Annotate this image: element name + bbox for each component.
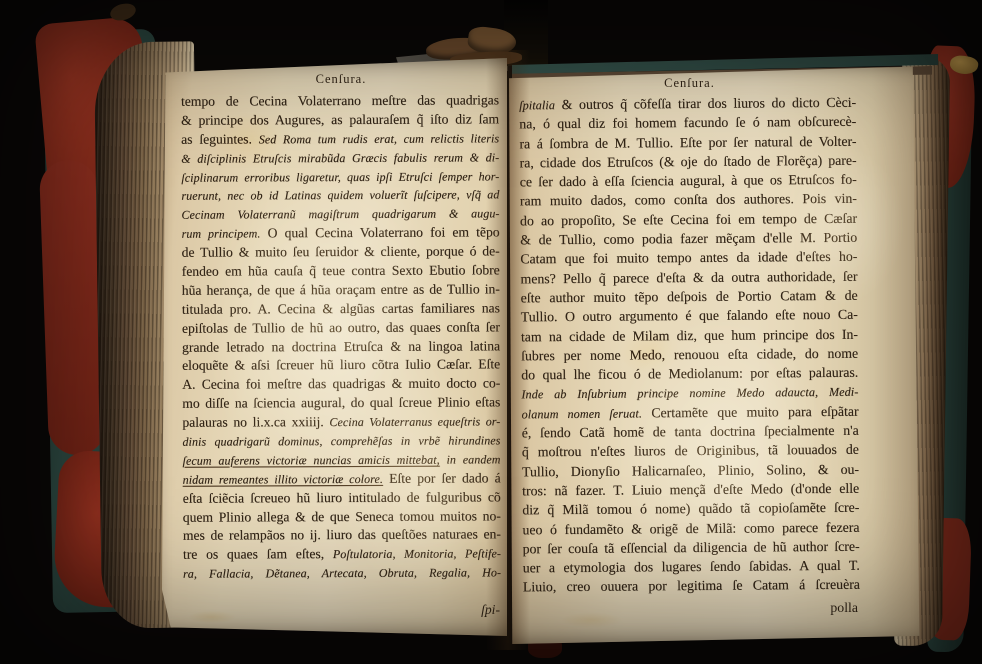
text-line: ſpitalia & outros q̃ cõfeſſa tirar dos l… (519, 93, 856, 115)
latin-italic-segment: ra, Fallacia, Dẽtanea, Artecata, Obruta,… (183, 566, 501, 581)
roman-segment: A. Cecina foi meſtre das quadrigas & mui… (182, 376, 500, 392)
roman-segment: mo diſſe na ſciencia augural, do qual ſc… (182, 395, 500, 411)
text-line: A. Cecina foi meſtre das quadrigas & mui… (182, 375, 500, 395)
roman-segment: tempo de Cecina Volaterrano meſtre das q… (181, 92, 499, 108)
roman-segment: palauras no li.x.ca xxiiij. (182, 414, 329, 430)
text-line: do ao propoſito, Se eſte Cecina foi em t… (520, 208, 857, 230)
text-line: ſciplinarum erroribus ligaretur, quas ip… (181, 167, 499, 187)
roman-segment: hũa herança, de que á hũa oraçam entre a… (182, 281, 500, 297)
text-line: as ſeguintes. Sed Roma tum rudis erat, c… (181, 129, 499, 149)
roman-segment: tre os quaes ſam eſtes, (183, 546, 333, 562)
text-line: palauras no li.x.ca xxiiij. Cecina Volat… (182, 412, 500, 432)
roman-segment: fendeo em hũa cauſa q̃ teue contra Sexto… (182, 262, 500, 278)
left-page-text: tempo de Cecina Volaterrano meſtre das q… (181, 91, 501, 584)
roman-segment: Catam que foi muito tempo antes da idade… (520, 249, 857, 267)
roman-segment: do qual lhe ficou ó de Mediolanum: por e… (521, 365, 858, 383)
roman-segment: titulada pro. A. Cecina & algũas cartas … (182, 300, 500, 316)
text-line: na, ó qual diz foi homem facundo ſe ó na… (519, 112, 856, 134)
roman-segment: quem Plinio allega & de que Seneca tomou… (183, 508, 501, 524)
text-line: de Tullio & muito ſeu ſeruidor & cliente… (182, 242, 500, 262)
text-line: rum principem. O qual Cecina Volaterrano… (182, 224, 500, 244)
latin-italic-segment: ſciplinarum erroribus ligaretur, quas ip… (181, 169, 499, 184)
right-page-text: ſpitalia & outros q̃ cõfeſſa tirar dos l… (519, 93, 860, 597)
roman-segment: grande letrado na doctrina Etruſca & na … (182, 338, 500, 354)
latin-italic-segment: olanum nomen ſeruat. (521, 406, 642, 421)
roman-segment: ram muito dados, como conſta dos authore… (520, 191, 857, 209)
roman-segment: eſta ſciẽcia ſcreueo hũ liuro intitulado… (183, 489, 501, 505)
text-line: Liuio, creo ouuera por legitima ſe Catam… (523, 575, 860, 597)
latin-italic-segment: dinis quadrigarũ dominus, comprehẽſas in… (182, 433, 500, 448)
text-line: & diſciplinis Etruſcis mirabũda Græcis f… (181, 148, 499, 168)
roman-segment: ſubres per nome Medo, renouou eſta cidad… (521, 346, 858, 364)
roman-segment: Liuio, creo ouuera por legitima ſe Catam… (523, 577, 860, 595)
latin-italic-segment: Sed Roma tum rudis erat, cum relictis li… (259, 131, 499, 146)
text-line: & principe dos Augures, as palauraſem q̃… (181, 110, 499, 130)
text-line: quem Plinio allega & de que Seneca tomou… (183, 507, 501, 527)
text-line: por ſer couſa tã eſſencial da diligencia… (523, 536, 860, 558)
gutter-shadow (486, 50, 530, 650)
roman-segment: Tullio, Dionyſio Halicarnaſeo, Plinio, S… (522, 461, 859, 479)
text-line: é, ſendo Catã homẽ de tanta doctrina ſpe… (522, 421, 859, 443)
roman-segment: eſte author muito tẽpo deſpois de Portio… (521, 288, 858, 306)
text-line: tam na cidade de Milam diz, que hum prin… (521, 324, 858, 346)
text-line: Tullio. O outro argumento é que falando … (521, 305, 858, 327)
text-line: ra, cidade dos Etruſcos (& oje do ſtado … (519, 151, 856, 173)
text-line: Catam que foi muito tempo antes da idade… (520, 247, 857, 269)
photo-background: Cenſura. tempo de Cecina Volaterrano meſ… (0, 0, 982, 664)
text-line: nidam remeantes illito victoriæ colore. … (183, 469, 501, 489)
text-line: tros: nã fazer. T. Liuio mençã d'eſte Me… (522, 479, 859, 501)
text-line: mens? Pello q̃ parece d'eſta & da outra … (520, 266, 857, 288)
roman-segment: tam na cidade de Milam diz, que hum prin… (521, 326, 858, 344)
roman-segment: Certamẽte que muito para eſpãtar (642, 403, 859, 420)
text-line: ueo ó fundamẽto & origẽ de Milã: como pa… (522, 517, 859, 539)
roman-segment: ueo ó fundamẽto & origẽ de Milã: como pa… (522, 519, 859, 537)
text-line: Cecinam Volaterranũ magiſtrum quadrigaru… (181, 205, 499, 225)
text-line: eſte author muito tẽpo deſpois de Portio… (521, 286, 858, 308)
text-line: eſta ſciẽcia ſcreueo hũ liuro intitulado… (183, 488, 501, 508)
text-line: ſecum auferens victoriæ nuncias amicis m… (182, 450, 500, 470)
latin-italic-segment: ſecum auferens victoriæ nuncias amicis m… (183, 452, 440, 467)
text-line: mo diſſe na ſciencia augural, do qual ſc… (182, 394, 500, 414)
roman-segment: Tullio. O outro argumento é que falando … (521, 307, 858, 325)
roman-segment: epiſtolas de Tullio de hũ ao outro, das … (182, 319, 500, 335)
text-line: Inde ab Inſubrium principe nomine Medo a… (521, 382, 858, 404)
latin-italic-segment: nidam remeantes illito victoriæ colore. (183, 472, 383, 487)
roman-segment: ce ſer dado à eſſa ſciencia augural, à q… (520, 172, 857, 190)
text-line: fendeo em hũa cauſa q̃ teue contra Sexto… (182, 261, 500, 281)
text-line: mes de relampãos no ij. liuro das queſtõ… (183, 526, 501, 546)
left-page-header: Cenſura. (182, 72, 500, 87)
text-line: do qual lhe ficou ó de Mediolanum: por e… (521, 363, 858, 385)
text-line: epiſtolas de Tullio de hũ ao outro, das … (182, 318, 500, 338)
roman-segment: é, ſendo Catã homẽ de tanta doctrina ſpe… (522, 423, 859, 441)
text-line: & de Tullio, como podia fazer mẽçam d'el… (520, 228, 857, 250)
text-line: dinis quadrigarũ dominus, comprehẽſas in… (182, 431, 500, 451)
latin-italic-segment: ruerunt, nec ob id Latinas quidem voluer… (181, 188, 499, 203)
roman-segment: na, ó qual diz foi homem facundo ſe ó na… (519, 114, 856, 132)
right-page-catchword: polla (521, 600, 880, 616)
text-line: ſubres per nome Medo, renouou eſta cidad… (521, 344, 858, 366)
roman-segment: mes de relampãos no ij. liuro das queſtõ… (183, 527, 501, 543)
text-line: olanum nomen ſeruat. Certamẽte que muito… (521, 401, 858, 423)
roman-segment: do ao propoſito, Se eſte Cecina foi em t… (520, 210, 857, 228)
text-line: hũa herança, de que á hũa oraçam entre a… (182, 280, 500, 300)
text-line: tre os quaes ſam eſtes, Poſtulatoria, Mo… (183, 545, 501, 565)
text-line: ram muito dados, como conſta dos authore… (520, 189, 857, 211)
text-line: titulada pro. A. Cecina & algũas cartas … (182, 299, 500, 319)
roman-segment: mens? Pello q̃ parece d'eſta & da outra … (520, 268, 857, 286)
roman-segment: por ſer couſa tã eſſencial da diligencia… (523, 538, 860, 556)
roman-segment: & principe dos Augures, as palauraſem q̃… (181, 111, 499, 127)
roman-segment: de Tullio & muito ſeu ſeruidor & cliente… (182, 243, 500, 259)
roman-segment: diz q̃ Milã tomou ó nome) quãdo tã copio… (522, 500, 859, 518)
roman-segment: uer a etymologia dos lugares ſendo ſabid… (523, 558, 860, 576)
latin-italic-segment: & diſciplinis Etruſcis mirabũda Græcis f… (181, 150, 499, 165)
right-page-header: Cenſura. (521, 76, 858, 91)
text-line: ce ſer dado à eſſa ſciencia augural, à q… (520, 170, 857, 192)
roman-segment: Eſte por ſer dado á (383, 470, 501, 486)
text-line: uer a etymologia dos lugares ſendo ſabid… (523, 556, 860, 578)
text-line: ruerunt, nec ob id Latinas quidem voluer… (181, 186, 499, 206)
latin-italic-segment: Poſtulatoria, Monitoria, Peſtife- (333, 547, 501, 562)
latin-italic-segment: rum principem. (182, 227, 261, 241)
text-line: ra á ſombra de M. Tullio. Eſte por ſer n… (519, 131, 856, 153)
roman-segment: q̃ moſtrou n'eſtes liuros de Originibus,… (522, 442, 859, 460)
latin-italic-segment: Cecinam Volaterranũ magiſtrum quadrigaru… (181, 207, 499, 222)
text-line: ra, Fallacia, Dẽtanea, Artecata, Obruta,… (183, 564, 501, 584)
right-page: Cenſura. ſpitalia & outros q̃ cõfeſſa ti… (509, 62, 921, 644)
roman-segment: ra á ſombra de M. Tullio. Eſte por ſer n… (519, 133, 856, 151)
text-line: eloquẽte & aſsi ſcreuer hũ liuro cõtra I… (182, 356, 500, 376)
text-line: diz q̃ Milã tomou ó nome) quãdo tã copio… (522, 498, 859, 520)
left-page-catchword: ſpi- (182, 602, 500, 618)
roman-segment: & de Tullio, como podia fazer mẽçam d'el… (520, 230, 857, 248)
text-line: q̃ moſtrou n'eſtes liuros de Originibus,… (522, 440, 859, 462)
latin-italic-segment: Cecina Volaterranus equeſtris or- (329, 414, 500, 429)
roman-segment: eloquẽte & aſsi ſcreuer hũ liuro cõtra I… (182, 357, 500, 373)
text-line: tempo de Cecina Volaterrano meſtre das q… (181, 91, 499, 111)
roman-segment: O qual Cecina Volaterrano foi em tẽpo (260, 225, 499, 241)
text-line: Tullio, Dionyſio Halicarnaſeo, Plinio, S… (522, 459, 859, 481)
roman-segment: & outros q̃ cõfeſſa tirar dos liuros do … (555, 95, 856, 112)
text-line: grande letrado na doctrina Etruſca & na … (182, 337, 500, 357)
left-page: Cenſura. tempo de Cecina Volaterrano meſ… (162, 58, 507, 636)
roman-segment: as ſeguintes. (181, 131, 259, 146)
roman-segment: ra, cidade dos Etruſcos (& oje do ſtado … (520, 153, 857, 171)
latin-italic-segment: Inde ab Inſubrium principe nomine Medo a… (521, 385, 858, 402)
roman-segment: tros: nã fazer. T. Liuio mençã d'eſte Me… (522, 481, 859, 499)
